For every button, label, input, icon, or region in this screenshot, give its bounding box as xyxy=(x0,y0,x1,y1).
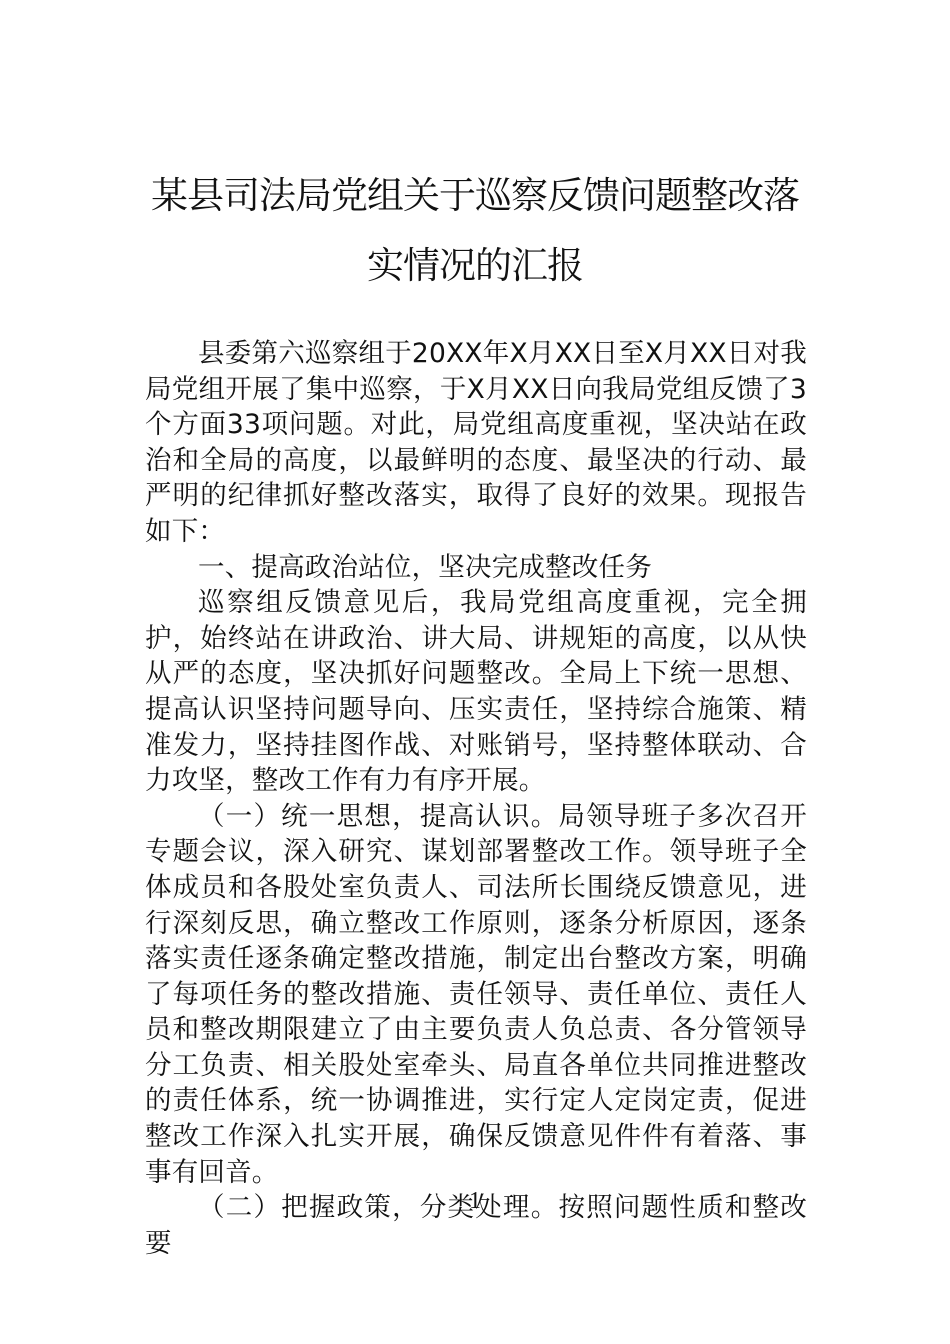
section-heading-1: 一、提高政治站位，坚决完成整改任务 xyxy=(145,550,807,586)
document-body: 县委第六巡察组于20XX年X月XX日至X月XX日对我局党组开展了集中巡察，于X月… xyxy=(145,336,807,1261)
page-number: 1 xyxy=(0,1188,950,1215)
subsection-1-paragraph: （一）统一思想，提高认识。局领导班子多次召开专题会议，深入研究、谋划部署整改工作… xyxy=(145,799,807,1191)
document-page: 某县司法局党组关于巡察反馈问题整改落 实情况的汇报 县委第六巡察组于20XX年X… xyxy=(0,0,950,1344)
document-title-line-1: 某县司法局党组关于巡察反馈问题整改落 xyxy=(140,176,810,216)
document-title-line-2: 实情况的汇报 xyxy=(140,246,810,286)
intro-paragraph: 县委第六巡察组于20XX年X月XX日至X月XX日对我局党组开展了集中巡察，于X月… xyxy=(145,336,807,550)
section-1-paragraph: 巡察组反馈意见后，我局党组高度重视，完全拥护，始终站在讲政治、讲大局、讲规矩的高… xyxy=(145,585,807,799)
